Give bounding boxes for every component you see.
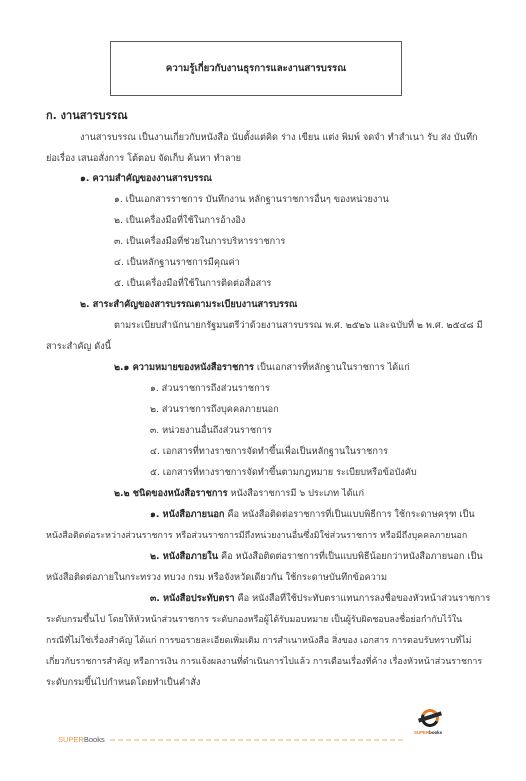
paragraph-line: ระดับกรมขึ้นไป โดยให้หัวหน้าส่วนราชการ ร…	[46, 614, 462, 626]
logo-books: books	[429, 730, 442, 735]
type-line: ๒. หนังสือภายใน คือ หนังสือติดต่อราชการท…	[150, 551, 483, 563]
paragraph-line: ตามระเบียบสำนักนายกรัฐมนตรีว่าด้วยงานสาร…	[114, 320, 483, 332]
subsection-heading: ๑. ความสำคัญของงานสารบรรณ	[80, 173, 212, 185]
footer-dashed-rule	[110, 739, 406, 741]
list-item: ๓. เป็นเครื่องมือที่ช่วยในการบริหารราชกา…	[114, 236, 285, 248]
page-footer: SUPERBooks	[58, 732, 448, 748]
type-line: ๓. หนังสือประทับตรา คือ หนังสือที่ใช้ประ…	[150, 593, 490, 605]
type-line: ๑. หนังสือภายนอก คือ หนังสือติดต่อราชการ…	[150, 509, 475, 521]
superbooks-logo: SUPERbooks	[414, 709, 446, 743]
footer-brand: SUPERBooks	[58, 732, 105, 748]
list-item: ๒. เป็นเครื่องมือที่ใช้ในการอ้างอิง	[114, 215, 245, 227]
list-item: ๔. เอกสารที่ทางราชการจัดทำขึ้นเพื่อเป็นห…	[150, 446, 388, 458]
type-label: ๑. หนังสือภายนอก	[150, 509, 224, 520]
logo-super: SUPER	[414, 730, 429, 735]
definition-text: เป็นเอกสารที่หลักฐานในราชการ ได้แก่	[254, 362, 410, 373]
list-item: ๑. ส่วนราชการถึงส่วนราชการ	[150, 383, 270, 395]
paragraph-line: ย่อเรื่อง เสนอสั่งการ โต้ตอบ จัดเก็บ ค้น…	[46, 153, 241, 165]
paragraph-line: ระดับกรมขึ้นไปกำหนดโดยทำเป็นคำสั่ง	[46, 677, 200, 689]
list-item: ๕. เอกสารที่ทางราชการจัดทำขึ้นตามกฎหมาย …	[150, 467, 417, 479]
type-label: ๓. หนังสือประทับตรา	[150, 593, 235, 604]
definition-line: ๒.๑ ความหมายของหนังสือราชการ เป็นเอกสารท…	[114, 362, 410, 374]
list-item: ๓. หน่วยงานอื่นถึงส่วนราชการ	[150, 425, 272, 437]
paragraph-line: หนังสือติดต่อระหว่างส่วนราชการ หรือส่วนร…	[46, 530, 467, 542]
brand-super: SUPER	[58, 735, 84, 744]
paragraph-line: งานสารบรรณ เป็นงานเกี่ยวกับหนังสือ นับตั…	[80, 132, 478, 144]
definition-label: ๒.๒ ชนิดของหนังสือราชการ	[114, 488, 228, 499]
paragraph-line: กรณีที่ไม่ใช่เรื่องสำคัญ ได้แก่ การขอราย…	[46, 635, 472, 647]
type-label: ๒. หนังสือภายใน	[150, 551, 218, 562]
definition-label: ๒.๑ ความหมายของหนังสือราชการ	[114, 362, 254, 373]
type-text: คือ หนังสือที่ใช้ประทับตราแทนการลงชื่อขอ…	[235, 593, 491, 604]
type-text: คือ หนังสือติดต่อราชการที่เป็นแบบพิธีน้อ…	[218, 551, 483, 562]
list-item: ๒. ส่วนราชการถึงบุคคลภายนอก	[150, 404, 279, 416]
definition-line: ๒.๒ ชนิดของหนังสือราชการ หนังสือราชการมี…	[114, 488, 364, 500]
type-text: คือ หนังสือติดต่อราชการที่เป็นแบบพิธีการ…	[224, 509, 474, 520]
list-item: ๕. เป็นเครื่องมือที่ใช้ในการติดต่อสื่อสา…	[114, 278, 271, 290]
definition-text: หนังสือราชการมี ๖ ประเภท ได้แก่	[228, 488, 365, 499]
page-title: ความรู้เกี่ยวกับงานธุรการและงานสารบรรณ	[166, 61, 346, 76]
subsection-heading: ๒. สาระสำคัญของสารบรรณตามระเบียบงานสารบร…	[80, 299, 297, 311]
logo-text: SUPERbooks	[414, 730, 442, 735]
list-item: ๑. เป็นเอกสารราชการ บันทึกงาน หลักฐานราช…	[114, 194, 389, 206]
paragraph-line: เกี่ยวกับราชการสำคัญ หรือการเงิน การแจ้ง…	[46, 656, 482, 668]
section-heading: ก. งานสารบรรณ	[46, 110, 128, 122]
paragraph-line: สาระสำคัญ ดังนี้	[46, 341, 111, 353]
document-page: ความรู้เกี่ยวกับงานธุรการและงานสารบรรณ ก…	[0, 0, 526, 781]
list-item: ๔. เป็นหลักฐานราชการมีคุณค่า	[114, 257, 240, 269]
paragraph-line: หนังสือติดต่อภายในกระทรวง ทบวง กรม หรือจ…	[46, 572, 387, 584]
title-box: ความรู้เกี่ยวกับงานธุรการและงานสารบรรณ	[110, 41, 402, 96]
brand-books: Books	[84, 735, 105, 744]
